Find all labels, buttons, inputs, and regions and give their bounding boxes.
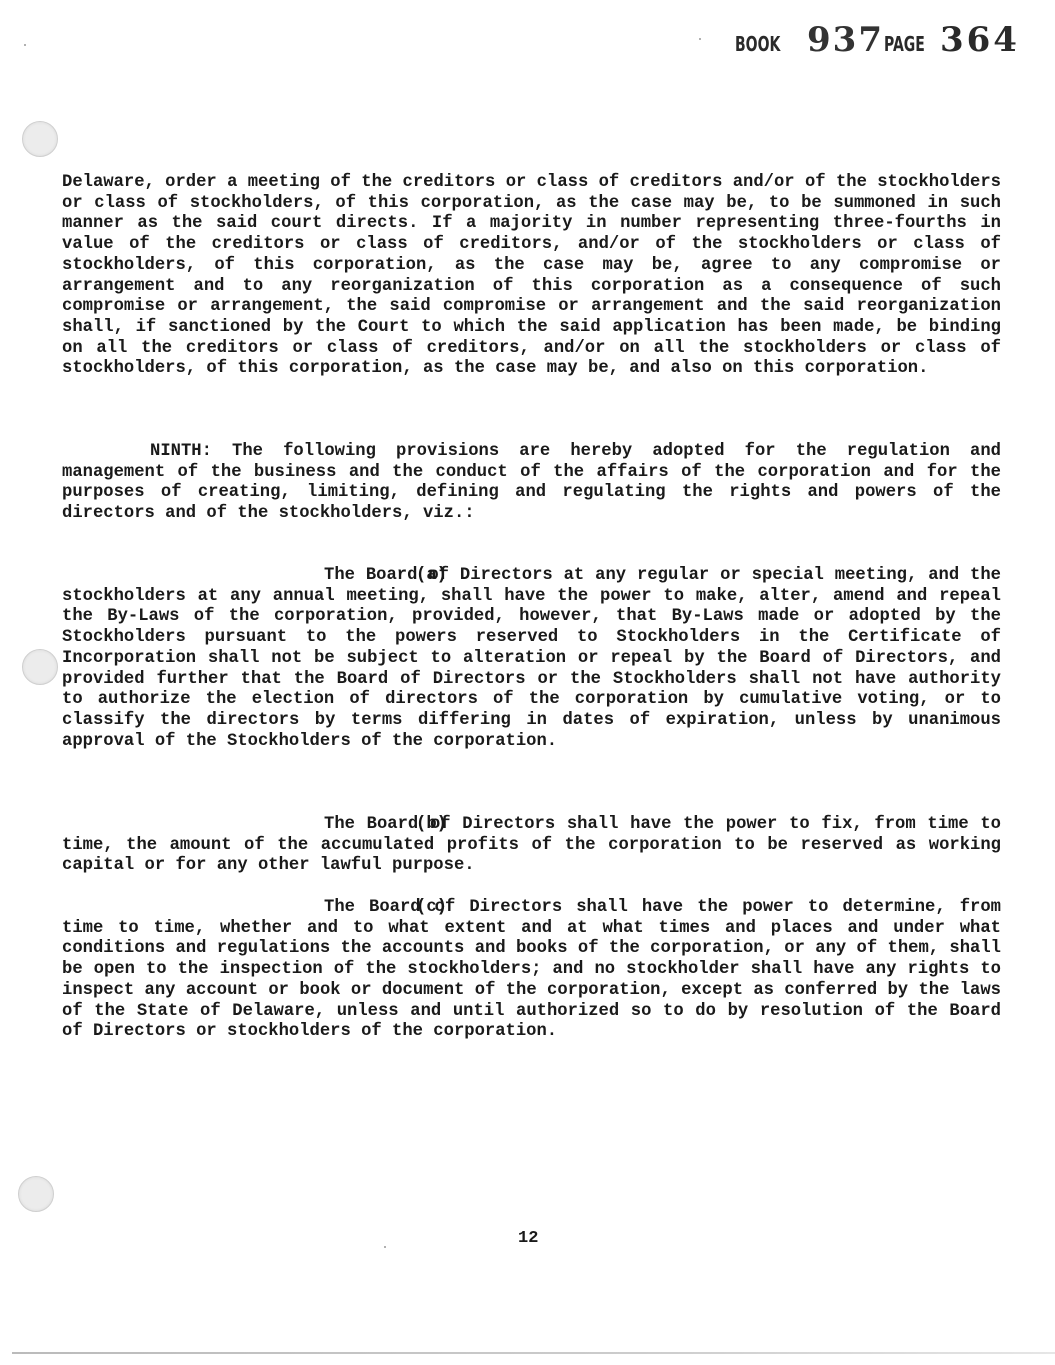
subsection-paragraph: (a)The Board of Directors at any regular… [62, 566, 1001, 752]
subsection-paragraph: (b)The Board of Directors shall have the… [62, 815, 1001, 877]
subsection-label: (b) [239, 815, 324, 836]
scan-speck [384, 1246, 386, 1248]
punch-hole-icon [22, 121, 58, 157]
subsection-label: (a) [239, 566, 324, 587]
subsection-paragraph: (c)The Board of Directors shall have the… [62, 898, 1001, 1043]
scan-speck [699, 38, 701, 40]
paragraph-text: Delaware, order a meeting of the credito… [62, 173, 1001, 380]
stamp-page-number: 364 [940, 20, 1020, 60]
page-number: 12 [518, 1229, 538, 1248]
subsection-text: The Board of Directors shall have the po… [62, 898, 1001, 1041]
scan-speck [24, 44, 26, 46]
book-label: BOOK [735, 32, 764, 56]
subsection-c: (c)The Board of Directors shall have the… [62, 898, 1001, 1043]
book-page-stamp: BOOK 937 PAGE 364 [735, 20, 1020, 60]
book-number: 937 [807, 20, 884, 60]
bottom-edge-divider [12, 1352, 1055, 1354]
page-label: PAGE [884, 32, 916, 56]
subsection-b: (b)The Board of Directors shall have the… [62, 815, 1001, 877]
subsection-label: (c) [239, 898, 324, 919]
punch-hole-icon [18, 1176, 54, 1212]
punch-hole-icon [22, 649, 58, 685]
continuation-paragraph: Delaware, order a meeting of the credito… [62, 173, 1001, 380]
subsection-text: The Board of Directors shall have the po… [62, 815, 1001, 875]
subsection-a: (a)The Board of Directors at any regular… [62, 566, 1001, 752]
article-ninth: NINTH: The following provisions are here… [62, 442, 1001, 525]
paragraph-text: NINTH: The following provisions are here… [62, 442, 1001, 525]
subsection-text: The Board of Directors at any regular or… [62, 566, 1001, 751]
